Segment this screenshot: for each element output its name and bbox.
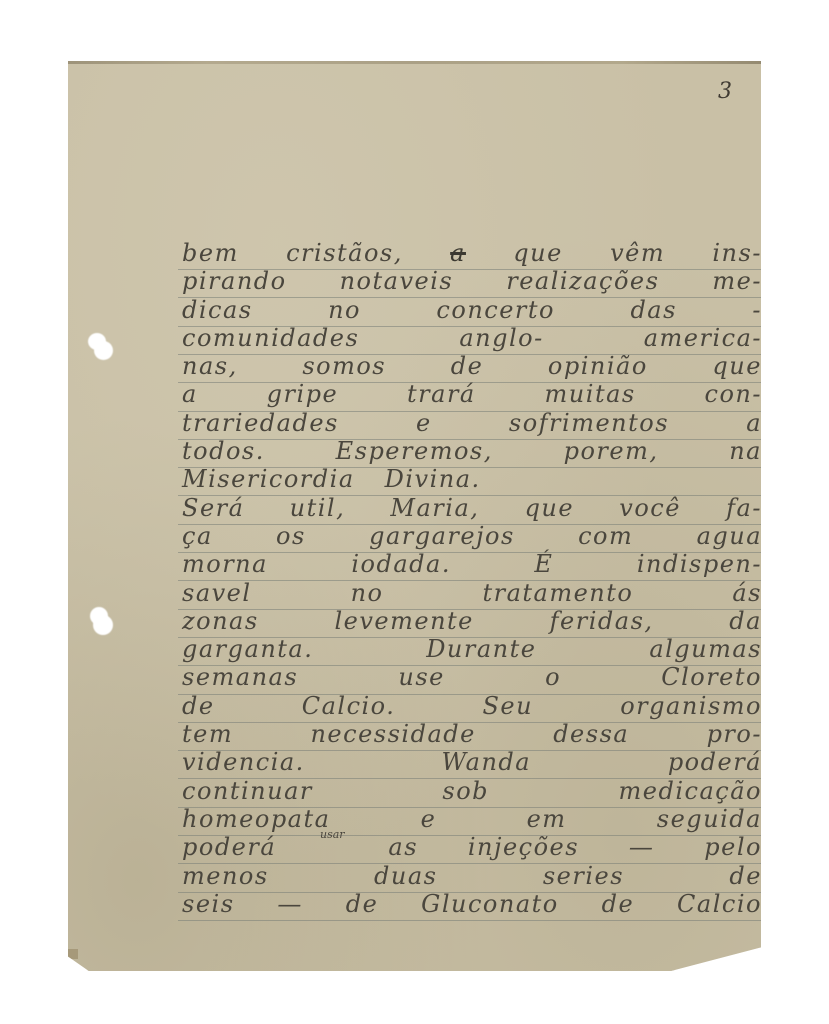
text-line: seis—deGluconatodeCalcio — [182, 890, 762, 918]
word: dessa — [553, 720, 629, 748]
word: Gluconato — [421, 890, 559, 918]
word: series — [543, 862, 624, 890]
word: zonas — [182, 607, 259, 635]
text-line: homeopataeemseguida — [182, 805, 762, 833]
word: em — [527, 805, 567, 833]
word: de — [182, 692, 215, 720]
word: que — [712, 352, 762, 380]
word: que — [525, 494, 575, 522]
text-line: menosduasseriesde — [182, 862, 762, 890]
word: medicação — [619, 777, 762, 805]
word: Divina. — [385, 465, 481, 493]
word: Maria, — [390, 494, 479, 522]
word: iodada. — [351, 550, 451, 578]
word: — — [277, 890, 303, 918]
word: o — [545, 663, 561, 691]
text-line: Seráutil,Maria,quevocêfa- — [182, 494, 762, 522]
word: injeções — [468, 833, 579, 861]
word: poderá — [668, 748, 762, 776]
word: de — [451, 352, 484, 380]
word: pirando — [182, 267, 287, 295]
word: dicas — [182, 296, 253, 324]
word: ça — [182, 522, 213, 550]
word: Calcio. — [302, 692, 396, 720]
word: con- — [705, 380, 762, 408]
word: use — [398, 663, 444, 691]
text-line: MisericordiaDivina. — [182, 465, 762, 493]
word: homeopata — [182, 805, 330, 833]
word: menos — [182, 862, 269, 890]
word: gripe — [267, 380, 339, 408]
word: tratamento — [482, 579, 633, 607]
inserted-word: usar — [320, 821, 345, 849]
word: bem — [182, 239, 239, 267]
word: de — [729, 862, 762, 890]
word: Esperemos, — [336, 437, 493, 465]
word: garganta. — [182, 635, 313, 663]
word: trariedades — [182, 409, 339, 437]
word: a — [746, 409, 762, 437]
word: comunidades — [182, 324, 359, 352]
word: realizações — [506, 267, 659, 295]
word: morna — [182, 550, 268, 578]
word: seguida — [657, 805, 762, 833]
word: duas — [374, 862, 437, 890]
word: de — [602, 890, 635, 918]
word: muitas — [545, 380, 636, 408]
word: seis — [182, 890, 235, 918]
word: com — [578, 522, 633, 550]
word: feridas, — [550, 607, 654, 635]
word: pelo — [704, 833, 762, 861]
text-line: pirandonotaveisrealizaçõesme- — [182, 267, 762, 295]
word: de — [346, 890, 379, 918]
word: util, — [290, 494, 346, 522]
word: me- — [712, 267, 762, 295]
word: na — [729, 437, 762, 465]
text-line: bemcristãos,aquevêmins- — [182, 239, 762, 267]
word: organismo — [620, 692, 762, 720]
word: america- — [644, 324, 762, 352]
word: notaveis — [340, 267, 454, 295]
word: sob — [442, 777, 489, 805]
word: no — [351, 579, 384, 607]
word: da — [729, 607, 762, 635]
word: porem, — [564, 437, 659, 465]
word: Misericordia — [182, 465, 355, 493]
text-line: agripetrarámuitascon- — [182, 380, 762, 408]
text-line: todos.Esperemos,porem,na — [182, 437, 762, 465]
punch-hole-lower-overlap — [93, 615, 113, 635]
word: a — [182, 380, 198, 408]
word: tem — [182, 720, 233, 748]
word: necessidade — [310, 720, 475, 748]
word: É — [534, 550, 553, 578]
page-top-edge — [68, 61, 761, 64]
word: Será — [182, 494, 244, 522]
word: cristãos, — [286, 239, 403, 267]
word: videncia. — [182, 748, 305, 776]
text-line: nas,somosdeopiniãoque — [182, 352, 762, 380]
text-line: videncia.Wandapoderá — [182, 748, 762, 776]
word: das — [630, 296, 677, 324]
text-line: trariedadesesofrimentosa — [182, 409, 762, 437]
word: agua — [697, 522, 762, 550]
word: - — [752, 296, 762, 324]
text-line: zonaslevementeferidas,da — [182, 607, 762, 635]
word: Calcio — [677, 890, 762, 918]
word: nas, — [182, 352, 238, 380]
ruled-line — [178, 920, 761, 921]
text-line: poderáusarasinjeções—pelo — [182, 833, 762, 861]
word: ás — [732, 579, 762, 607]
word: poderá — [182, 833, 276, 861]
word: todos. — [182, 437, 265, 465]
text-line: deCalcio.Seuorganismo — [182, 692, 762, 720]
word: Seu — [482, 692, 533, 720]
word: opinião — [548, 352, 648, 380]
word: vêm — [610, 239, 665, 267]
word: levemente — [334, 607, 473, 635]
word: gargarejos — [369, 522, 515, 550]
word: indispen- — [637, 550, 762, 578]
word: Durante — [426, 635, 536, 663]
handwritten-text: bemcristãos,aquevêmins-pirandonotaveisre… — [182, 239, 762, 918]
word: sofrimentos — [509, 409, 669, 437]
word: semanas — [182, 663, 298, 691]
text-line: çaosgargarejoscomagua — [182, 522, 762, 550]
page-number: 3 — [718, 79, 732, 104]
word: as — [388, 833, 418, 861]
word: no — [328, 296, 361, 324]
text-line: temnecessidadedessapro- — [182, 720, 762, 748]
word: trará — [407, 380, 476, 408]
struck-word: a — [450, 239, 466, 267]
word: — — [629, 833, 655, 861]
text-line: mornaiodada.Éindispen- — [182, 550, 762, 578]
text-line: savelnotratamentoás — [182, 579, 762, 607]
word: somos — [302, 352, 386, 380]
text-line: comunidadesanglo-america- — [182, 324, 762, 352]
text-line: semanasuseoCloreto — [182, 663, 762, 691]
text-line: continuarsobmedicação — [182, 777, 762, 805]
manuscript-page: 3 bemcristãos,aquevêmins-pirandonotaveis… — [68, 61, 761, 971]
word: Cloreto — [661, 663, 762, 691]
word: fa- — [726, 494, 762, 522]
text-line: dicasnoconcertodas- — [182, 296, 762, 324]
word: continuar — [182, 777, 313, 805]
word: você — [619, 494, 681, 522]
punch-hole-upper-overlap — [94, 341, 113, 360]
word: ins- — [712, 239, 762, 267]
word: e — [421, 805, 437, 833]
word: e — [416, 409, 432, 437]
text-line: garganta.Durantealgumas — [182, 635, 762, 663]
word: algumas — [649, 635, 762, 663]
word: concerto — [436, 296, 555, 324]
word: savel — [182, 579, 252, 607]
word: pro- — [707, 720, 762, 748]
torn-corner — [68, 949, 78, 959]
word: os — [276, 522, 306, 550]
word: Wanda — [442, 748, 532, 776]
word: anglo- — [459, 324, 543, 352]
word: que — [513, 239, 563, 267]
